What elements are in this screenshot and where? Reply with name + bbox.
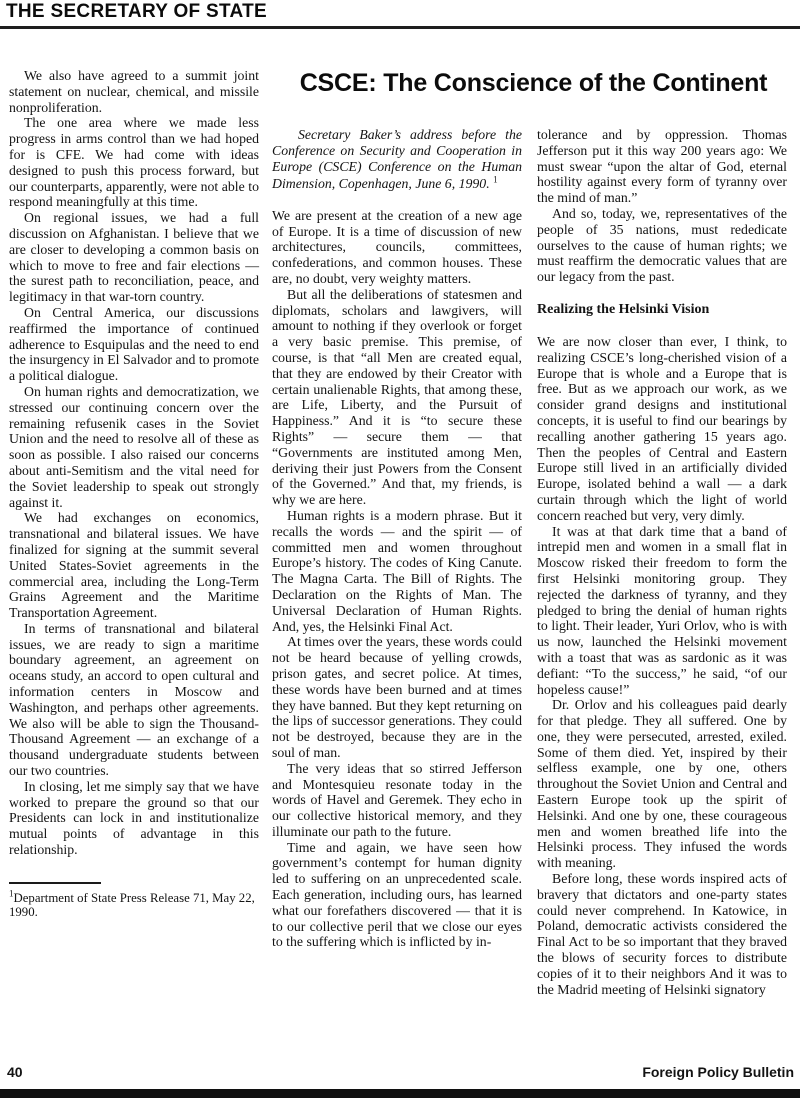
attribution-text: Secretary Baker’s address before the Con… — [272, 127, 522, 191]
paragraph: On human rights and democratization, we … — [9, 384, 259, 510]
middle-column: Secretary Baker’s address before the Con… — [272, 127, 522, 997]
header-rule — [0, 26, 800, 29]
left-column: We also have agreed to a summit joint st… — [9, 68, 259, 997]
paragraph: The one area where we made less progress… — [9, 115, 259, 210]
paragraph: On regional issues, we had a full discus… — [9, 210, 259, 305]
section-header: THE SECRETARY OF STATE — [6, 0, 800, 24]
paragraph: We also have agreed to a summit joint st… — [9, 68, 259, 115]
paragraph: On Central America, our discussions reaf… — [9, 305, 259, 384]
page-body: We also have agreed to a summit joint st… — [9, 68, 795, 997]
footnote: 1Department of State Press Release 71, M… — [9, 882, 259, 920]
document-page: THE SECRETARY OF STATE We also have agre… — [0, 0, 800, 1098]
paragraph: We had exchanges on economics, transnati… — [9, 510, 259, 621]
speech-attribution: Secretary Baker’s address before the Con… — [272, 127, 522, 192]
section-heading-realizing-helsinki-vision: Realizing the Helsinki Vision — [537, 302, 787, 318]
paragraph: Human rights is a modern phrase. But it … — [272, 508, 522, 634]
publication-name: Foreign Policy Bulletin — [642, 1064, 794, 1080]
paragraph: The very ideas that so stirred Jefferson… — [272, 761, 522, 840]
paragraph: Time and again, we have seen how governm… — [272, 840, 522, 951]
footnote-reference: 1 — [493, 174, 498, 184]
paragraph: In terms of transnational and bilateral … — [9, 621, 259, 779]
paragraph: At times over the years, these words cou… — [272, 634, 522, 760]
right-column: tolerance and by oppression. Thomas Jeff… — [537, 127, 787, 997]
paragraph: We are now closer than ever, I think, to… — [537, 334, 787, 524]
footnote-text: 1Department of State Press Release 71, M… — [9, 891, 259, 920]
footnote-body: Department of State Press Release 71, Ma… — [9, 891, 255, 920]
paragraph: It was at that dark time that a band of … — [537, 524, 787, 698]
paragraph: But all the deliberations of statesmen a… — [272, 287, 522, 508]
article-columns: Secretary Baker’s address before the Con… — [272, 127, 795, 997]
paragraph: Before long, these words inspired acts o… — [537, 871, 787, 997]
article-area: CSCE: The Conscience of the Continent Se… — [272, 68, 795, 997]
paragraph: And so, today, we, representatives of th… — [537, 206, 787, 285]
page-number: 40 — [7, 1064, 23, 1080]
paragraph: We are present at the creation of a new … — [272, 208, 522, 287]
paragraph: tolerance and by oppression. Thomas Jeff… — [537, 127, 787, 206]
paragraph: In closing, let me simply say that we ha… — [9, 779, 259, 858]
paragraph: Dr. Orlov and his colleagues paid dearly… — [537, 697, 787, 871]
footer-rule — [0, 1089, 800, 1098]
footnote-rule — [9, 882, 101, 884]
article-title: CSCE: The Conscience of the Continent — [272, 70, 795, 97]
